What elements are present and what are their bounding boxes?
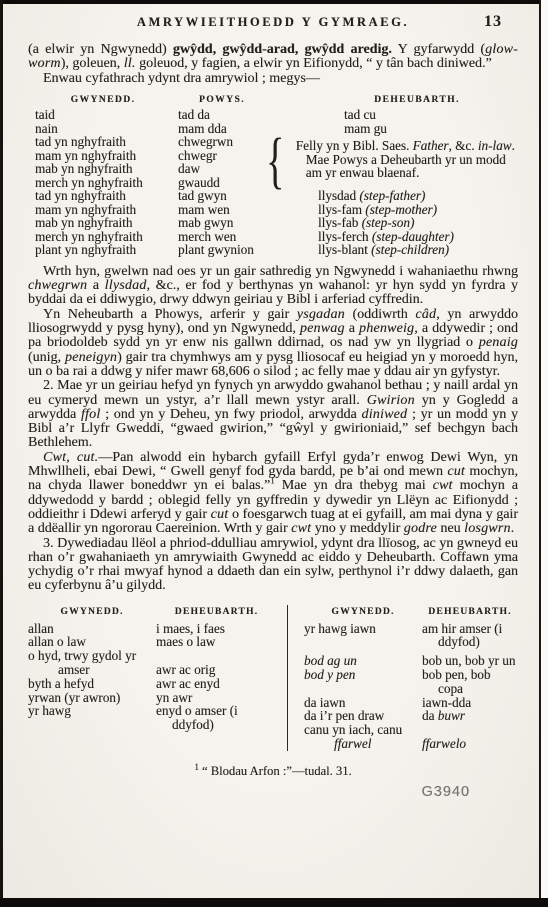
paragraph: 3. Dywediadau llëol a phriod-ddulliau am… [28, 537, 518, 594]
running-header: AMRYWIEITHOEDD Y GYMRAEG. 13 [28, 15, 518, 33]
table-cell: da i’r pen draw [304, 709, 422, 723]
table-row: yrwan (yr awron) yn awr [28, 691, 277, 705]
table-cell: llys-ferch (step-daughter) [266, 230, 518, 244]
kinship-table-headers: GWYNEDD. POWYS. DEHEUBARTH. [28, 93, 518, 107]
table-cell: mab yn nghyfraith [28, 216, 178, 230]
catalog-stamp: G3940 [28, 784, 518, 800]
table-row: da i’r pen draw da buwr [304, 709, 518, 723]
column-header-powys: POWYS. [178, 93, 266, 107]
table-row: bod ag un bob un, bob yr un [304, 654, 518, 668]
dialect-table: GWYNEDD. DEHEUBARTH. allan i maes, i fae… [28, 605, 518, 751]
table-cell: tad yn nghyfraith [28, 189, 178, 203]
body-paragraphs: Wrth hyn, gwelwn nad oes yr un gair sath… [28, 265, 518, 594]
table-row: yr hawg iawn am hir amser (i ddyfod) [304, 622, 518, 650]
table-cell: merch yn nghyfraith [28, 230, 178, 244]
table-cell: llys-blant (step-children) [266, 243, 518, 257]
dialect-table-right: GWYNEDD. DEHEUBARTH. yr hawg iawn am hir… [288, 605, 518, 751]
table-cell: byth a hefyd [28, 677, 156, 691]
table-cell: llys-fam (step-mother) [266, 203, 518, 217]
kinship-table: GWYNEDD. POWYS. DEHEUBARTH. taid nain ta… [28, 93, 518, 257]
table-cell: taid [28, 108, 178, 122]
table-cell: nain [28, 122, 178, 136]
kinship-table-body: taid nain tad yn nghyfraith mam yn nghyf… [28, 108, 518, 257]
table-cell: awr ac orig [156, 663, 277, 677]
kinship-column-powys: tad da mam dda chwegrwn chwegr daw gwaud… [178, 108, 266, 257]
table-cell: maes o law [156, 635, 277, 649]
table-cell: am hir amser (i ddyfod) [422, 622, 518, 650]
table-cell: daw [178, 162, 266, 176]
paragraph: Wrth hyn, gwelwn nad oes yr un gair sath… [28, 265, 518, 308]
table-row: byth a hefyd awr ac enyd [28, 677, 277, 691]
column-header-deheubarth: DEHEUBARTH. [266, 93, 518, 107]
brace-glyph: { [266, 135, 284, 189]
scan-border-bottom [0, 898, 548, 907]
table-cell: llysdad (step-father) [266, 189, 518, 203]
table-cell: i maes, i faes [156, 622, 277, 636]
footnote: 1 “ Blodau Arfon :”—tudal. 31. [28, 764, 518, 779]
dialect-left-headers: GWYNEDD. DEHEUBARTH. [28, 605, 277, 619]
table-cell: tad da [178, 108, 266, 122]
column-header-gwynedd: GWYNEDD. [28, 93, 178, 107]
table-cell: yr hawg [28, 704, 156, 718]
table-row: allan o law maes o law [28, 635, 277, 649]
table-row: canu yn iach, canu ffarwel ffarwelo [304, 723, 518, 751]
paragraph: 2. Mae yr un geiriau hefyd yn fynych yn … [28, 379, 518, 450]
table-cell: bob pen, bob copa [422, 668, 518, 696]
column-header-deheubarth: DEHEUBARTH. [422, 605, 518, 619]
table-cell: mab yn nghyfraith [28, 162, 178, 176]
page-content: AMRYWIEITHOEDD Y GYMRAEG. 13 (a elwir yn… [28, 15, 518, 800]
dialect-right-headers: GWYNEDD. DEHEUBARTH. [304, 605, 518, 619]
table-cell: mam yn nghyfraith [28, 149, 178, 163]
table-cell: mam dda [178, 122, 266, 136]
column-header-gwynedd: GWYNEDD. [304, 605, 422, 619]
table-cell: o hyd, trwy gydol yr amser [28, 649, 156, 677]
footnote-text: “ Blodau Arfon :”—tudal. 31. [202, 764, 352, 778]
table-cell: yr hawg iawn [304, 622, 422, 636]
book-page-scan: AMRYWIEITHOEDD Y GYMRAEG. 13 (a elwir yn… [0, 0, 548, 907]
table-cell: ffarwelo [422, 737, 518, 751]
scan-gutter-right [541, 0, 548, 907]
paragraph: Cwt, cut.—Pan alwodd ein hybarch gyfaill… [28, 451, 518, 537]
page-title: AMRYWIEITHOEDD Y GYMRAEG. [28, 15, 518, 30]
table-cell: yn awr [156, 691, 277, 705]
table-cell: enyd o amser (i ddyfod) [156, 704, 277, 732]
table-cell: plant gwynion [178, 243, 266, 257]
table-cell: mam gu [266, 122, 518, 136]
table-row: o hyd, trwy gydol yr amser awr ac orig [28, 649, 277, 677]
table-cell: iawn-dda [422, 696, 518, 710]
table-cell: allan [28, 622, 156, 636]
table-cell: bob un, bob yr un [422, 654, 518, 668]
table-cell: da iawn [304, 696, 422, 710]
table-cell: canu yn iach, canu ffarwel [304, 723, 422, 751]
column-header-gwynedd: GWYNEDD. [28, 605, 156, 619]
footnote-marker: 1 [194, 762, 199, 772]
table-cell: tad yn nghyfraith [28, 135, 178, 149]
intro-paragraph: (a elwir yn Ngwynedd) gwŷdd, gwŷdd-arad,… [28, 43, 518, 72]
brace-note: { Felly yn y Bibl. Saes. Father, &c. in-… [266, 135, 518, 189]
column-header-deheubarth: DEHEUBARTH. [156, 605, 277, 619]
table-cell: merch yn nghyfraith [28, 176, 178, 190]
table-cell: tad gwyn [178, 189, 266, 203]
table-cell: mam yn nghyfraith [28, 203, 178, 217]
table-cell: da buwr [422, 709, 518, 723]
table-row: allan i maes, i faes [28, 622, 277, 636]
kinship-intro-line: Enwau cyfathrach ydynt dra amrywiol ; me… [28, 72, 518, 86]
table-cell: bod ag un [304, 654, 422, 668]
table-cell: llys-fab (step-son) [266, 216, 518, 230]
table-cell: chwegr [178, 149, 266, 163]
table-cell: chwegrwn [178, 135, 266, 149]
table-cell: mam wen [178, 203, 266, 217]
table-cell: merch wen [178, 230, 266, 244]
table-cell: bod y pen [304, 668, 422, 682]
kinship-column-gwynedd: taid nain tad yn nghyfraith mam yn nghyf… [28, 108, 178, 257]
page-number: 13 [484, 13, 502, 31]
scan-border-top [0, 0, 548, 4]
scan-border-left [0, 0, 3, 907]
table-row: yr hawg enyd o amser (i ddyfod) [28, 704, 277, 732]
dialect-table-left: GWYNEDD. DEHEUBARTH. allan i maes, i fae… [28, 605, 288, 751]
scan-border-right [539, 0, 541, 907]
table-cell: allan o law [28, 635, 156, 649]
brace-note-text: Felly yn y Bibl. Saes. Father, &c. in-la… [296, 135, 518, 189]
table-cell: gwaudd [178, 176, 266, 190]
table-cell: tad cu [266, 108, 518, 122]
table-cell: plant yn nghyfraith [28, 243, 178, 257]
table-cell: mab gwyn [178, 216, 266, 230]
paragraph: Yn Neheubarth a Phowys, arferir y gair y… [28, 308, 518, 379]
table-row: da iawn iawn-dda [304, 696, 518, 710]
table-cell: awr ac enyd [156, 677, 277, 691]
table-row: bod y pen bob pen, bob copa [304, 668, 518, 696]
table-cell: yrwan (yr awron) [28, 691, 156, 705]
kinship-column-deheubarth: tad cu mam gu { Felly yn y Bibl. Saes. F… [266, 108, 518, 257]
